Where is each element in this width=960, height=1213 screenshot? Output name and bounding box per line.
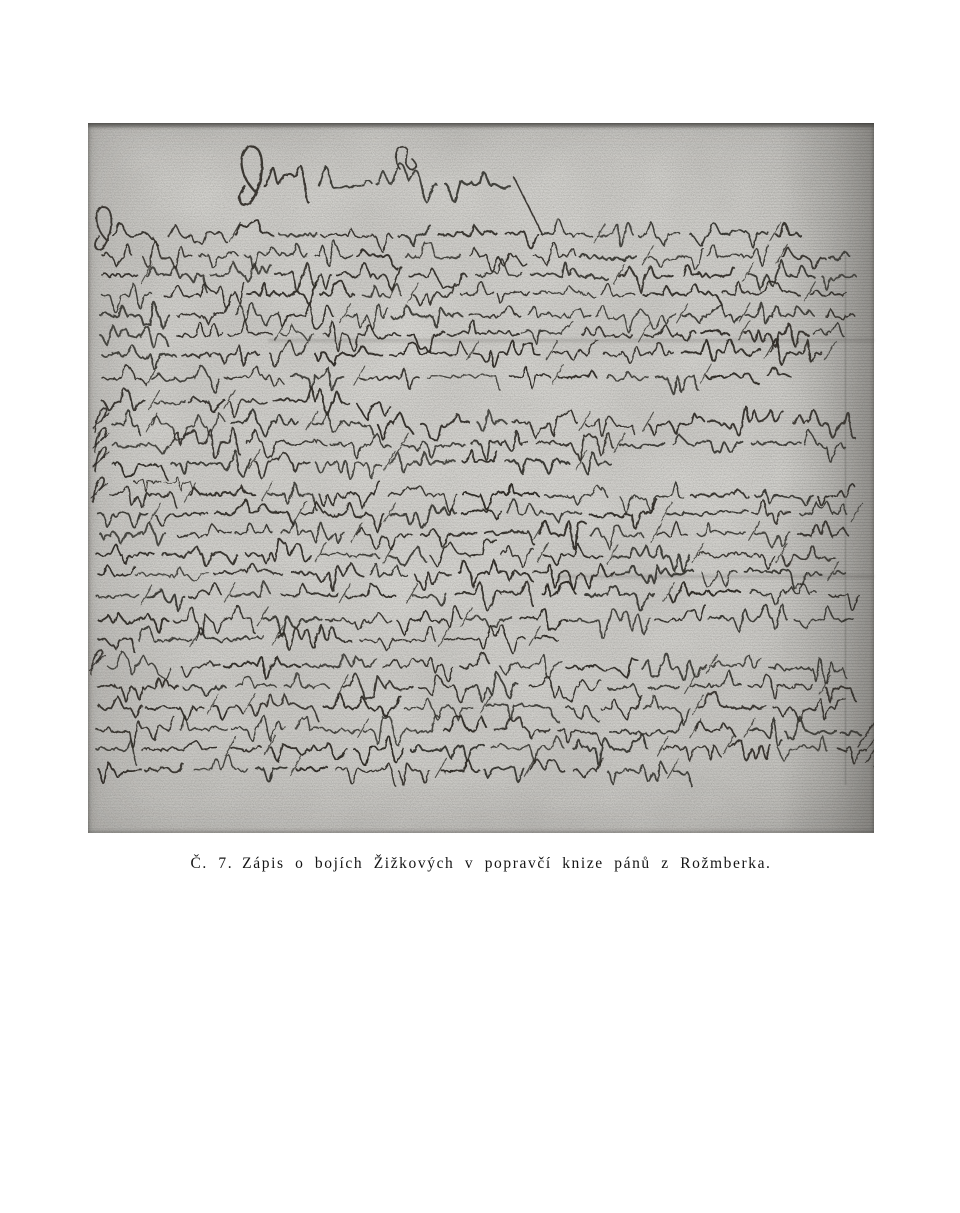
manuscript-photo bbox=[88, 123, 874, 833]
figure-number: Č. 7. bbox=[190, 855, 233, 872]
manuscript-handwriting bbox=[88, 123, 874, 833]
figure-title: Zápis o bojích Žižkových v popravčí kniz… bbox=[242, 855, 771, 872]
figure-caption: Č. 7.Zápis o bojích Žižkových v popravčí… bbox=[88, 853, 874, 875]
